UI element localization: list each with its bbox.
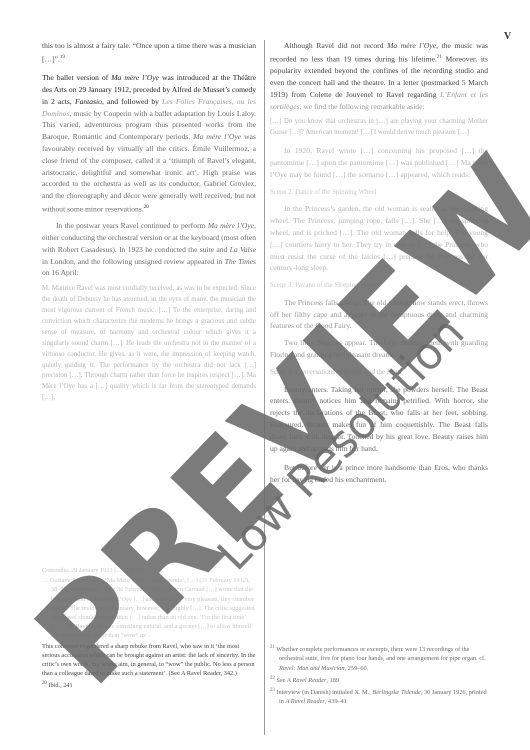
footnote: 23 Interview (in Danish) initialed X. M.… bbox=[270, 686, 488, 707]
right-column: Although Ravel did not record Ma mère l’… bbox=[270, 40, 488, 491]
paragraph-postwar: In the postwar years Ravel continued to … bbox=[42, 220, 256, 279]
scene-heading: Scene 3. Pavane of the Sleeping Beauty bbox=[270, 280, 488, 292]
quote-times-review: M. Maurice Ravel was most cordially rece… bbox=[42, 284, 256, 404]
footnote: 20 Ibid., 241 bbox=[42, 679, 256, 690]
footnote: 22 See A Ravel Reader, 189 bbox=[270, 674, 488, 685]
footnote: … Gustave Samazeuilh, ‘Ma Mère l’Oye – L… bbox=[42, 576, 256, 640]
paragraph-recordings: Although Ravel did not record Ma mère l’… bbox=[270, 40, 488, 112]
left-column: this too is almost a fairy tale. “Once u… bbox=[42, 40, 256, 410]
paragraph-scene-spinning: In the Princess’s garden, the old woman … bbox=[270, 203, 488, 274]
scene-heading: Scene 3. Conversations of Beauty and the… bbox=[270, 367, 488, 379]
paragraph-intro: this too is almost a fairy tale. “Once u… bbox=[42, 40, 256, 65]
page-number: V bbox=[504, 31, 511, 42]
footnote: Comoedia, 29 January 1912 […] (1912). bbox=[42, 566, 256, 575]
footnote: 21 Whether complete performances or exce… bbox=[270, 643, 488, 673]
quote-colette: […] Do you know that orchestras in […] a… bbox=[270, 117, 488, 139]
paragraph-prince: But before her is a prince more handsome… bbox=[270, 462, 488, 486]
paragraph-scene-fairy: The Princess falls asleep. The old woman… bbox=[270, 297, 488, 332]
paragraph-beauty-beast: Beauty enters. Taking her mirror, she po… bbox=[270, 384, 488, 455]
footnote: This comment engendered a sharp rebuke f… bbox=[42, 642, 256, 679]
left-footnotes: Comoedia, 29 January 1912 […] (1912). … … bbox=[42, 566, 256, 692]
column-divider bbox=[264, 40, 265, 735]
paragraph-1920: In 1920, Ravel wrote […] concerning his … bbox=[270, 145, 488, 180]
paragraph-negroes: Two little Negroes appear. The fairy ent… bbox=[270, 337, 488, 361]
scene-heading: Scene 2. Dance of the Spinning Wheel bbox=[270, 187, 488, 199]
right-footnotes: 21 Whether complete performances or exce… bbox=[270, 643, 488, 708]
paragraph-ballet-version: The ballet version of Ma mère l’Oye was … bbox=[42, 72, 256, 215]
